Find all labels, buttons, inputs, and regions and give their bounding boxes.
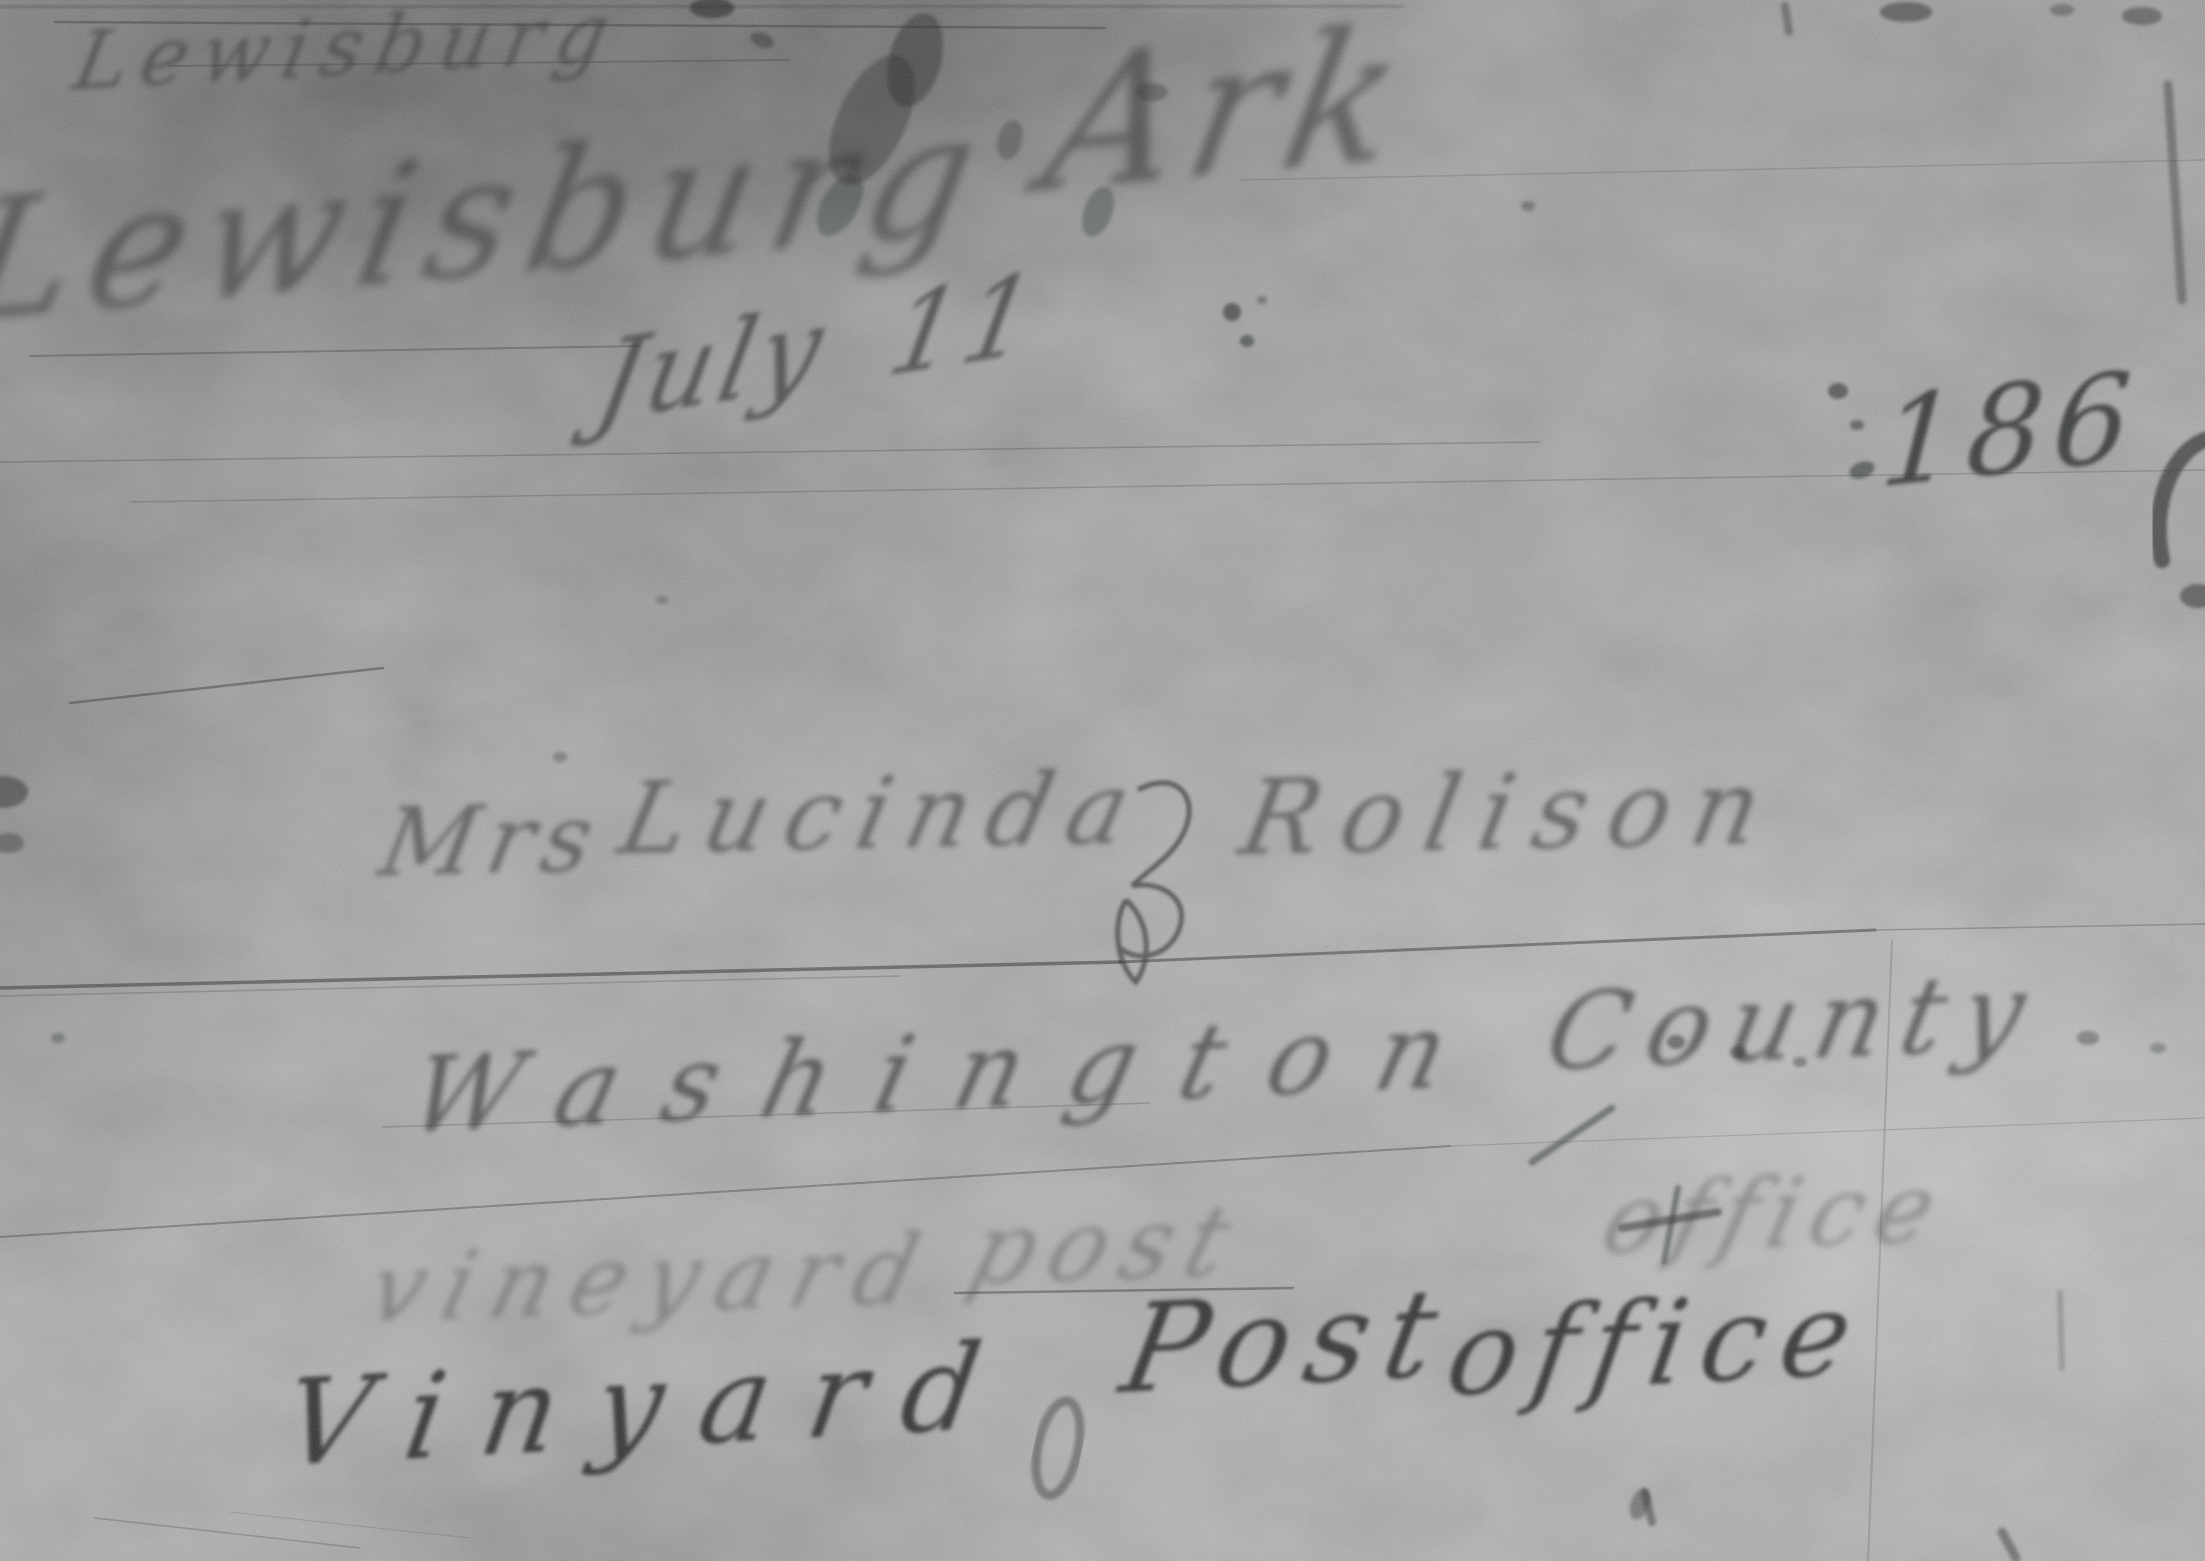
addressee-prefix-text: Mrs — [371, 784, 611, 898]
cut-digit-stroke — [2159, 440, 2205, 608]
postmark-town-small-text: Lewisburg — [67, 0, 629, 108]
addressee-last-name-text: Rolison — [1232, 745, 1793, 879]
po-word-office: office — [1438, 1265, 1875, 1423]
addressee-script: Mrs Lucinda Rolison — [0, 729, 2205, 775]
addressee-first-name-text: Lucinda — [610, 751, 1158, 878]
postmark-year-script: 186 — [1876, 345, 2145, 516]
postmark-state-text: Ark — [1029, 0, 1428, 234]
county-word-washington: Washington — [399, 987, 1506, 1157]
county-word-county: County — [1537, 949, 2054, 1095]
po-faint-word-office: office — [1592, 1153, 1959, 1276]
descender-loop-mark — [1028, 1397, 1087, 1499]
county-line-script: Washington County — [428, 946, 2126, 1020]
post-office-faint-script: vineyard post office — [385, 1141, 2084, 1200]
po-word-post: Post — [1111, 1261, 1465, 1422]
postmark-year-text: 186 — [1876, 345, 2145, 516]
postmark-town-script: Lewisburg — [67, 0, 629, 108]
scanned-envelope-document: Lewisburg LewisburgArk July 11 186 Mrs L… — [0, 0, 2205, 1561]
